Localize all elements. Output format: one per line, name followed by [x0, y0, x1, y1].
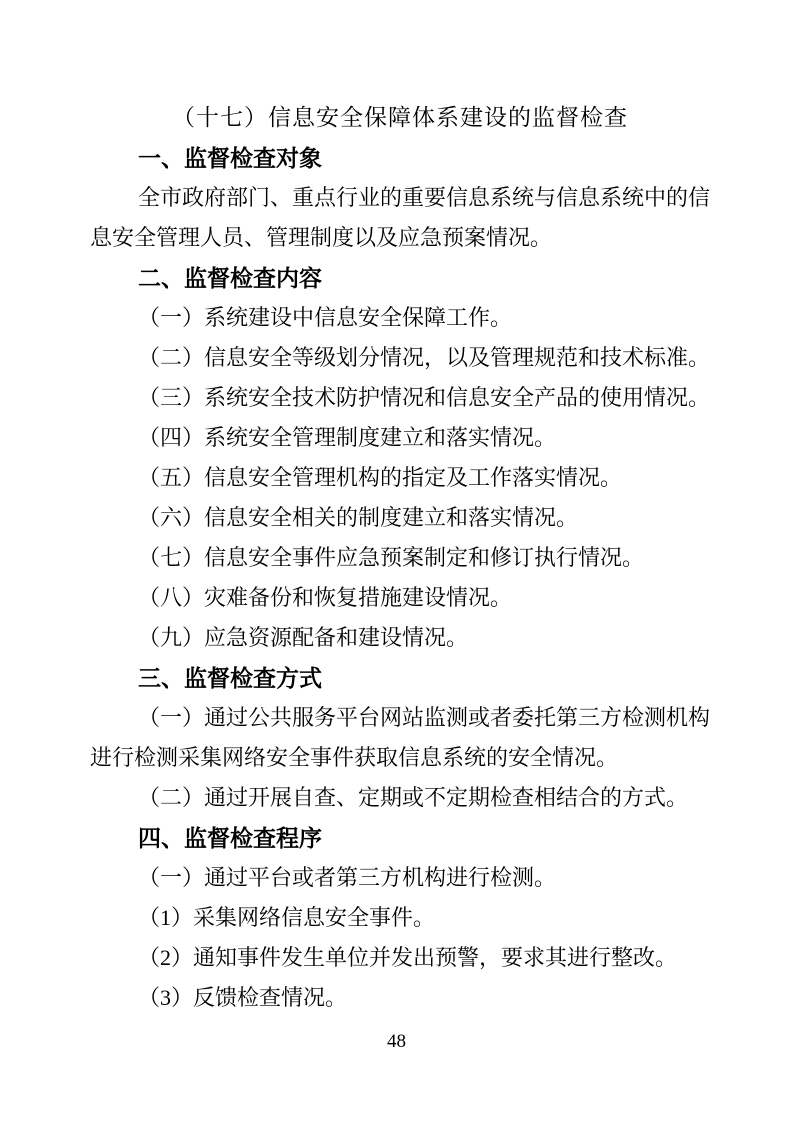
text-line: 进行检测采集网络安全事件获取信息系统的安全情况。 — [90, 738, 710, 778]
text-line: （一）通过公共服务平台网站监测或者委托第三方检测机构 — [90, 698, 710, 738]
text-line: （九）应急资源配备和建设情况。 — [90, 618, 710, 658]
text-line: （三）系统安全技术防护情况和信息安全产品的使用情况。 — [90, 378, 710, 418]
text-line: 四、监督检查程序 — [90, 818, 710, 858]
text-line: （3）反馈检查情况。 — [90, 978, 710, 1018]
text-line: 一、监督检查对象 — [90, 138, 710, 178]
document-body: 一、监督检查对象全市政府部门、重点行业的重要信息系统与信息系统中的信息安全管理人… — [90, 138, 710, 1018]
page-number: 48 — [0, 1022, 793, 1062]
text-line: 三、监督检查方式 — [90, 658, 710, 698]
text-line: （一）通过平台或者第三方机构进行检测。 — [90, 858, 710, 898]
text-line: （六）信息安全相关的制度建立和落实情况。 — [90, 498, 710, 538]
text-line: （五）信息安全管理机构的指定及工作落实情况。 — [90, 458, 710, 498]
text-line: （七）信息安全事件应急预案制定和修订执行情况。 — [90, 538, 710, 578]
document-page: （十七）信息安全保障体系建设的监督检查 一、监督检查对象全市政府部门、重点行业的… — [0, 0, 793, 1122]
text-line: 息安全管理人员、管理制度以及应急预案情况。 — [90, 218, 710, 258]
text-line: 二、监督检查内容 — [90, 258, 710, 298]
text-line: 全市政府部门、重点行业的重要信息系统与信息系统中的信 — [90, 178, 710, 218]
text-line: （二）通过开展自查、定期或不定期检查相结合的方式。 — [90, 778, 710, 818]
text-line: （2）通知事件发生单位并发出预警，要求其进行整改。 — [90, 938, 710, 978]
text-line: （八）灾难备份和恢复措施建设情况。 — [90, 578, 710, 618]
text-line: （一）系统建设中信息安全保障工作。 — [90, 298, 710, 338]
text-line: （四）系统安全管理制度建立和落实情况。 — [90, 418, 710, 458]
document-title: （十七）信息安全保障体系建设的监督检查 — [90, 98, 710, 138]
text-line: （二）信息安全等级划分情况，以及管理规范和技术标准。 — [90, 338, 710, 378]
text-line: （1）采集网络信息安全事件。 — [90, 898, 710, 938]
document-content: （十七）信息安全保障体系建设的监督检查 一、监督检查对象全市政府部门、重点行业的… — [90, 98, 710, 1018]
